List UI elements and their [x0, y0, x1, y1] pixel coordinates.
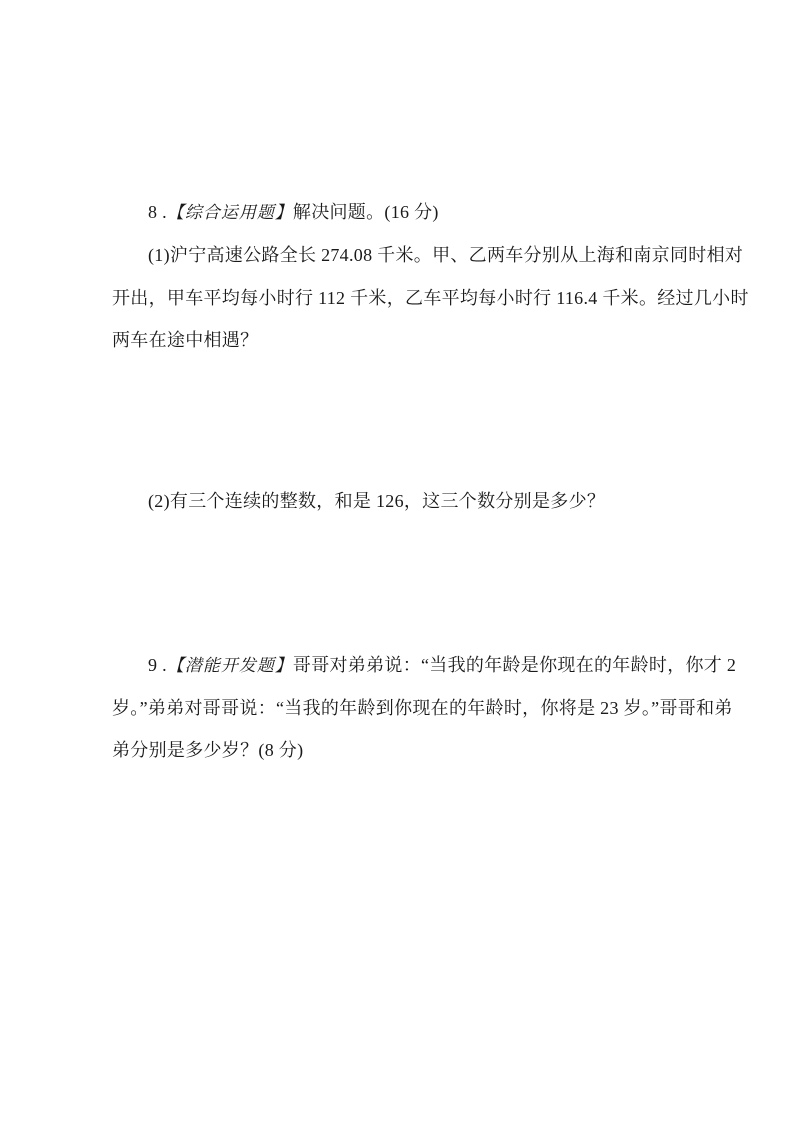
q9-line-3: 弟分别是多少岁？(8 分) — [112, 739, 712, 761]
question-8-title: 解决问题。(16 分) — [293, 202, 439, 222]
question-9-header: 9 .【潜能开发题】哥哥对弟弟说：“当我的年龄是你现在的年龄时，你才 2 — [148, 654, 748, 677]
q8-part1-line-3: 两车在途中相遇？ — [112, 329, 712, 351]
q9-line-2: 岁。”弟弟对哥哥说：“当我的年龄到你现在的年龄时，你将是 23 岁。”哥哥和弟 — [112, 697, 712, 719]
worksheet-page: 8 .【综合运用题】解决问题。(16 分) (1)沪宁高速公路全长 274.08… — [0, 0, 793, 1122]
q9-line-1: 哥哥对弟弟说：“当我的年龄是你现在的年龄时，你才 2 — [293, 655, 736, 675]
q8-part2-line: (2)有三个连续的整数，和是 126，这三个数分别是多少？ — [148, 490, 748, 512]
question-9-tag: 【潜能开发题】 — [167, 656, 293, 675]
q8-part1-line-2: 开出，甲车平均每小时行 112 千米，乙车平均每小时行 116.4 千米。经过几… — [112, 287, 712, 309]
question-8-tag: 【综合运用题】 — [167, 203, 293, 222]
question-8-number: 8 . — [148, 202, 167, 222]
question-9-number: 9 . — [148, 655, 167, 675]
question-8-header: 8 .【综合运用题】解决问题。(16 分) — [148, 201, 748, 224]
q8-part1-line-1: (1)沪宁高速公路全长 274.08 千米。甲、乙两车分别从上海和南京同时相对 — [148, 244, 748, 266]
